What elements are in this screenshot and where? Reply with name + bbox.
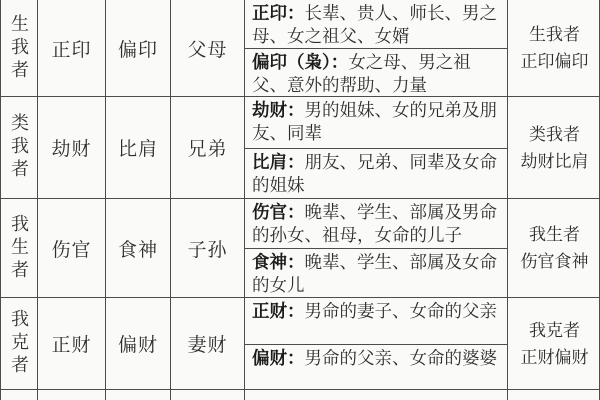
ten-gods-table: 生我者 正印 偏印 父母 正印：长辈、贵人、师长、男之母、女之祖父、女婿 偏印（… bbox=[0, 0, 600, 400]
summary-line-2: 正印偏印 bbox=[521, 48, 589, 75]
cell-relation: 兄弟 bbox=[171, 97, 245, 198]
desc-term: 比肩： bbox=[252, 152, 305, 172]
subject-label: 类我者 bbox=[10, 113, 28, 182]
desc-item: 食神：晚辈、学生、部属及女命的女儿 bbox=[245, 248, 507, 297]
cell-relation: 子孙 bbox=[171, 199, 245, 297]
summary-line-1: 我克者 bbox=[529, 317, 580, 344]
desc-item: 偏印（枭）：女之母、男之祖父、意外的帮助、力量 bbox=[245, 48, 507, 96]
subject-label: 我克者 bbox=[10, 309, 28, 378]
cell-summary: 类我者 劫财比肩 bbox=[508, 97, 599, 198]
desc-term: 食神： bbox=[252, 252, 305, 272]
desc-term: 偏印（枭）： bbox=[252, 52, 348, 72]
cell-secondary-god: 偏印 bbox=[106, 0, 171, 96]
desc-term: 劫财： bbox=[252, 100, 305, 120]
cell-summary: 我克者 正财偏财 bbox=[508, 298, 599, 389]
cell-descriptions bbox=[245, 390, 508, 400]
summary-line-2: 正财偏财 bbox=[521, 344, 589, 371]
desc-term: 伤官： bbox=[252, 202, 305, 222]
summary-line-1: 我生者 bbox=[529, 221, 580, 248]
subject-label: 生我者 bbox=[10, 14, 28, 83]
desc-item: 劫财：男的姐妹、女的兄弟及朋友、同辈 bbox=[245, 97, 507, 148]
cell-descriptions: 劫财：男的姐妹、女的兄弟及朋友、同辈 比肩：朋友、兄弟、同辈及女命的姐妹 bbox=[245, 97, 508, 198]
cell-primary-god: 伤官 bbox=[38, 199, 106, 297]
table-row: 生我者 正印 偏印 父母 正印：长辈、贵人、师长、男之母、女之祖父、女婿 偏印（… bbox=[1, 0, 599, 97]
table-row: 我克者 正财 偏财 妻财 正财：男命的妻子、女命的父亲 偏财：男命的父亲、女命的… bbox=[1, 298, 599, 390]
cell-secondary-god: 食神 bbox=[106, 199, 171, 297]
cell-descriptions: 伤官：晚辈、学生、部属及男命的孙女、祖母，女命的儿子 食神：晚辈、学生、部属及女… bbox=[245, 199, 508, 297]
desc-term: 正印： bbox=[252, 3, 305, 23]
summary-line-1: 类我者 bbox=[529, 121, 580, 148]
summary-line-2: 劫财比肩 bbox=[521, 148, 589, 175]
subject-label: 我生者 bbox=[10, 214, 28, 283]
desc-item: 伤官：晚辈、学生、部属及男命的孙女、祖母，女命的儿子 bbox=[245, 199, 507, 248]
cell-subject bbox=[1, 390, 38, 400]
cell-descriptions: 正财：男命的妻子、女命的父亲 偏财：男命的父亲、女命的婆婆 bbox=[245, 298, 508, 389]
cell-relation: 父母 bbox=[171, 0, 245, 96]
cell-primary-god: 正财 bbox=[38, 298, 106, 389]
cell-primary-god bbox=[38, 390, 106, 400]
desc-item: 偏财：男命的父亲、女命的婆婆 bbox=[245, 344, 507, 390]
cell-summary: 生我者 正印偏印 bbox=[508, 0, 599, 96]
desc-text: 男命的父亲、女命的婆婆 bbox=[305, 348, 498, 368]
summary-line-1: 生我者 bbox=[529, 21, 580, 48]
cell-relation: 妻财 bbox=[171, 298, 245, 389]
desc-text: 男命的妻子、女命的父亲 bbox=[305, 301, 498, 321]
cell-subject: 类我者 bbox=[1, 97, 38, 198]
desc-item: 正印：长辈、贵人、师长、男之母、女之祖父、女婿 bbox=[245, 0, 507, 48]
cell-secondary-god: 偏财 bbox=[106, 298, 171, 389]
desc-item: 正财：男命的妻子、女命的父亲 bbox=[245, 298, 507, 344]
cell-primary-god: 正印 bbox=[38, 0, 106, 96]
cell-summary: 我生者 伤官食神 bbox=[508, 199, 599, 297]
cell-subject: 生我者 bbox=[1, 0, 38, 96]
cell-primary-god: 劫财 bbox=[38, 97, 106, 198]
cell-descriptions: 正印：长辈、贵人、师长、男之母、女之祖父、女婿 偏印（枭）：女之母、男之祖父、意… bbox=[245, 0, 508, 96]
cell-subject: 我克者 bbox=[1, 298, 38, 389]
table-row: 类我者 劫财 比肩 兄弟 劫财：男的姐妹、女的兄弟及朋友、同辈 比肩：朋友、兄弟… bbox=[1, 97, 599, 199]
desc-item: 比肩：朋友、兄弟、同辈及女命的姐妹 bbox=[245, 148, 507, 199]
cell-secondary-god: 比肩 bbox=[106, 97, 171, 198]
cell-relation bbox=[171, 390, 245, 400]
summary-line-2: 伤官食神 bbox=[521, 248, 589, 275]
table-row: 我生者 伤官 食神 子孙 伤官：晚辈、学生、部属及男命的孙女、祖母，女命的儿子 … bbox=[1, 199, 599, 298]
desc-term: 正财： bbox=[252, 301, 305, 321]
cell-secondary-god bbox=[106, 390, 171, 400]
table-row-partial bbox=[1, 390, 599, 400]
cell-summary bbox=[508, 390, 599, 400]
cell-subject: 我生者 bbox=[1, 199, 38, 297]
desc-term: 偏财： bbox=[252, 348, 305, 368]
